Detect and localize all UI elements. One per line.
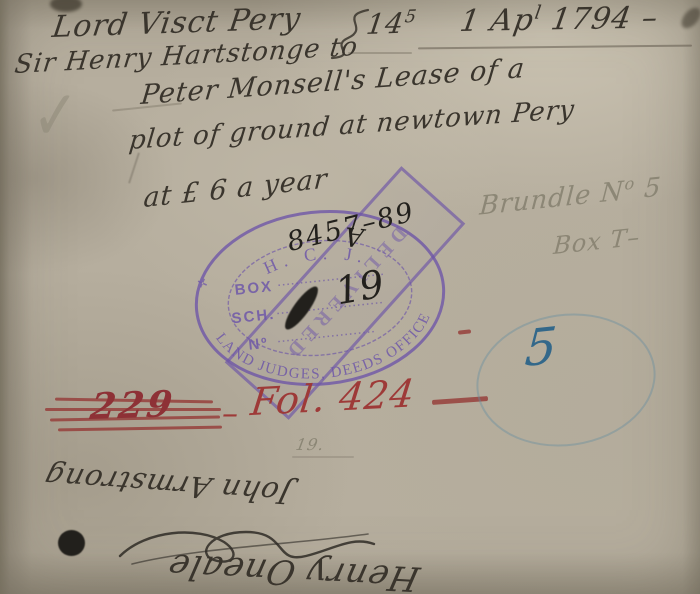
bundle-annotation: Brundle No 5 <box>478 171 663 222</box>
reference-number: 145 <box>366 6 417 41</box>
pencil-stroke-mark <box>128 152 140 183</box>
reversed-endorsement: John Armstrong <box>21 458 313 512</box>
pencil-folio-note: 19. <box>296 435 324 454</box>
red-tick-mark <box>458 329 471 334</box>
ink-dot <box>58 530 85 556</box>
manuscript-page: Lord Visct Pery 145 1 Apl 1794 – Sir Hen… <box>0 0 700 594</box>
date: 1 Apl 1794 – <box>460 1 658 39</box>
overwritten-digits: 19 <box>332 262 387 314</box>
folio-reference: Fol. 424 <box>250 371 416 424</box>
box-annotation: Box T– <box>552 223 642 260</box>
red-dash: – <box>222 394 239 432</box>
blue-number: 5 <box>522 317 561 378</box>
pencil-note-underline <box>292 456 354 458</box>
blue-circle-outline <box>468 302 665 458</box>
strike-line <box>58 426 222 432</box>
edge-mark-top-right <box>678 4 700 31</box>
stamp-field-box: BOX <box>234 278 274 299</box>
struck-out-number: 229 <box>90 383 176 428</box>
overwritten-letter: A <box>343 220 365 252</box>
check-mark: ✓ <box>32 76 79 157</box>
date-underline <box>418 45 692 50</box>
line-rent: at £ 6 a year <box>142 164 329 214</box>
